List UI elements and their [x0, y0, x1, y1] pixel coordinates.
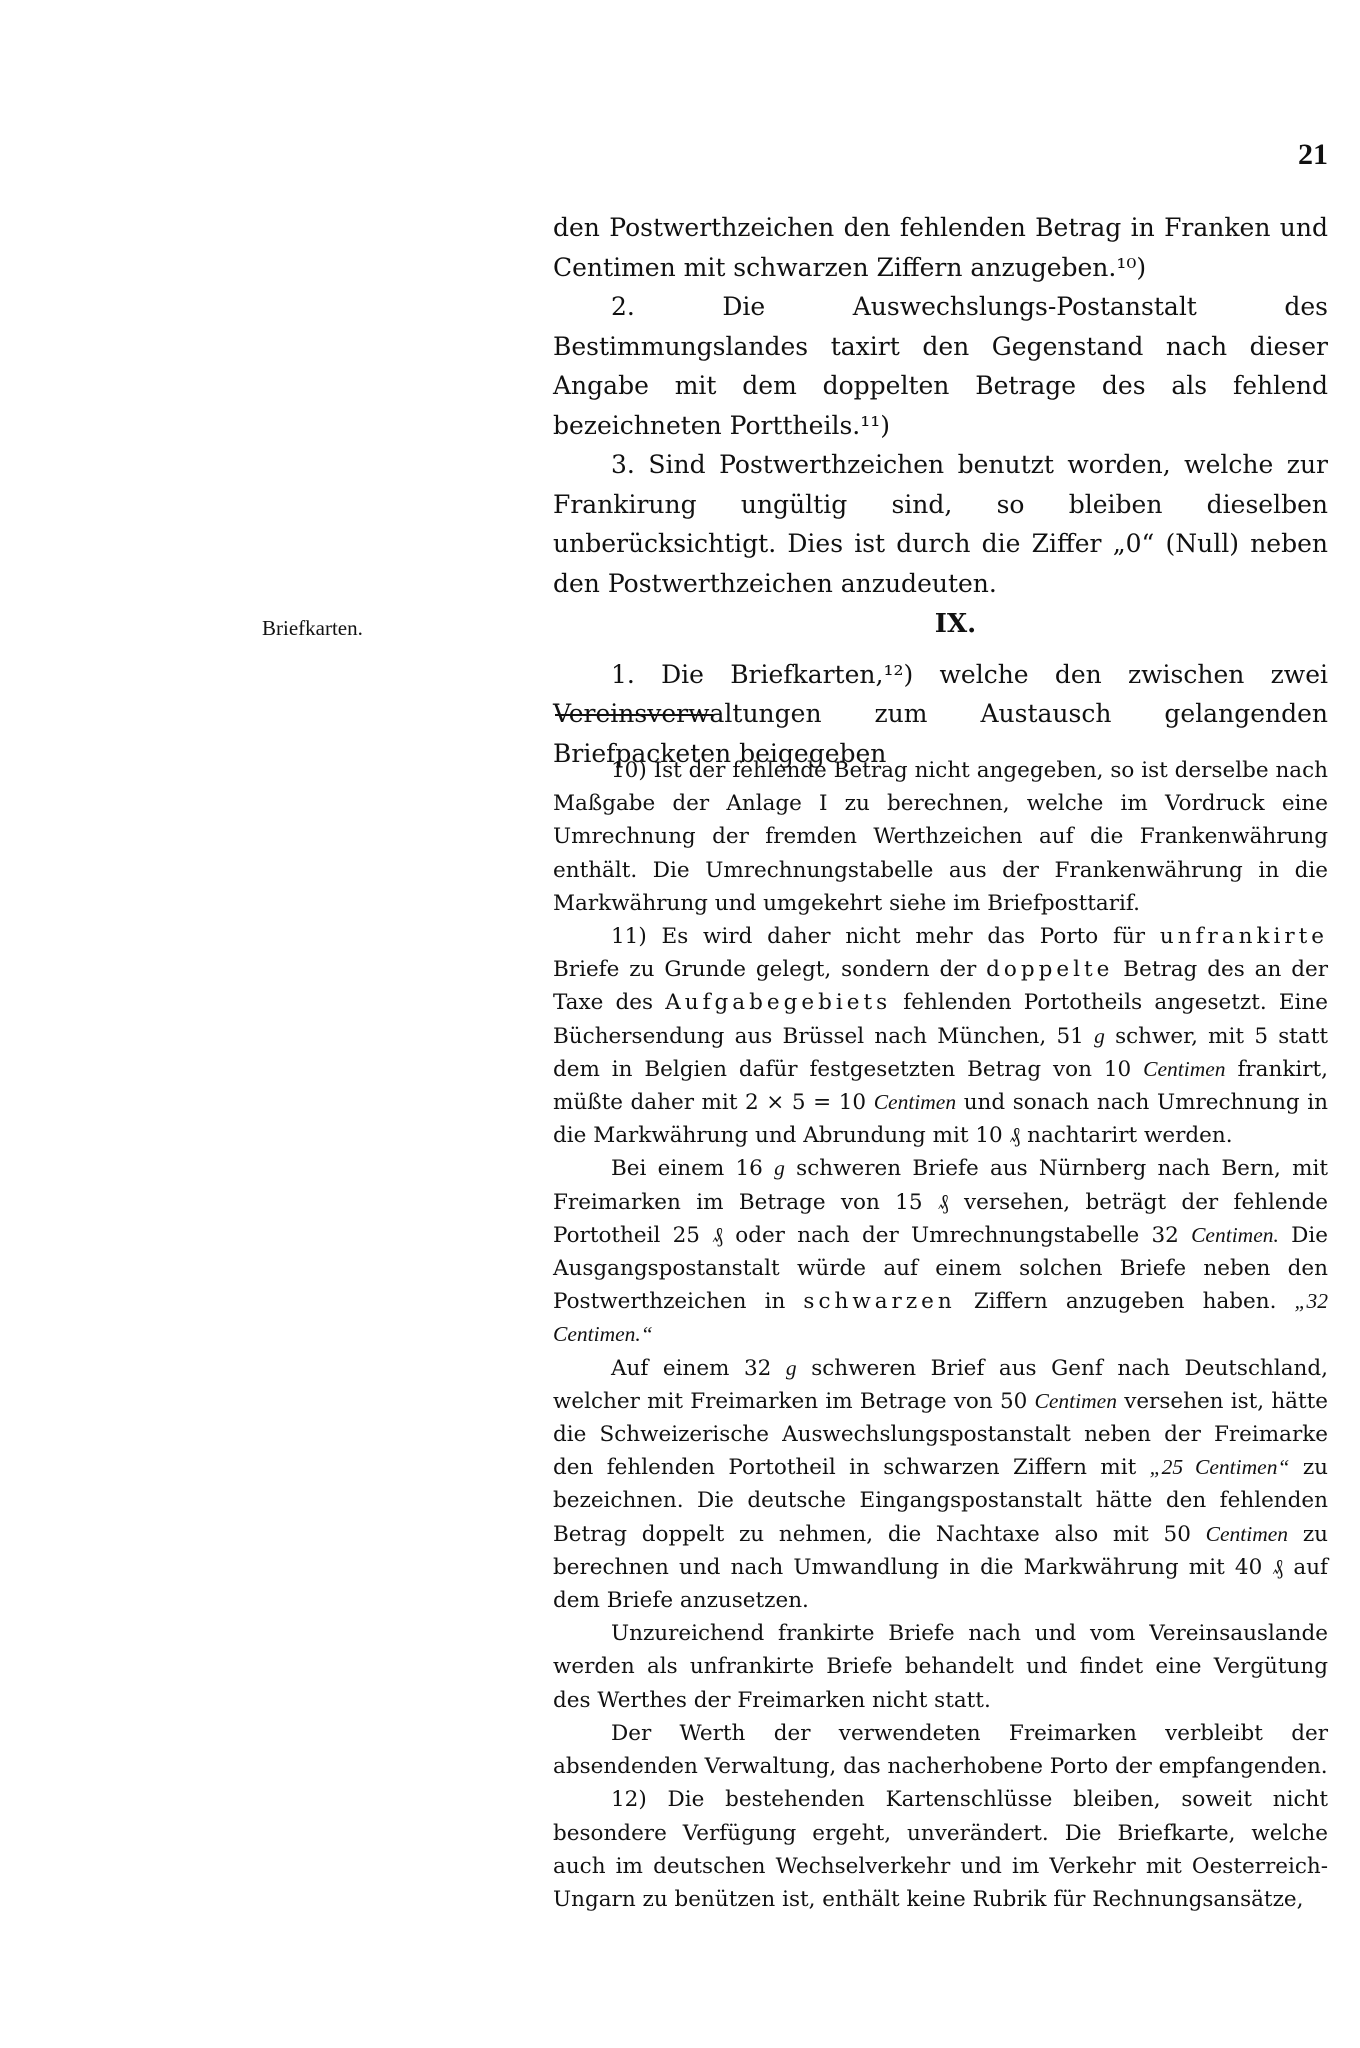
text: 11) Es wird daher nicht mehr das Porto f… [611, 924, 1145, 949]
footnotes: 10) Ist der fehlende Betrag nicht angege… [553, 754, 1328, 1916]
paragraph-unzureichend: Unzureichend frankirte Briefe nach und v… [553, 1617, 1328, 1717]
paragraph-werth: Der Werth der verwendeten Freimarken ver… [553, 1717, 1328, 1783]
footnote-10: 10) Ist der fehlende Betrag nicht angege… [553, 754, 1328, 920]
text: Ziffern anzugeben haben. [974, 1289, 1277, 1314]
paragraph-item-3: 3. Sind Postwerthzeichen benutzt worden,… [553, 445, 1328, 603]
spaced-text: doppelte [986, 957, 1113, 982]
spaced-text: unfrankirte [1160, 924, 1328, 949]
text: Auf einem 32 [611, 1356, 771, 1381]
unit-text: Centimen [874, 1090, 956, 1114]
unit-text: Centimen [1206, 1522, 1288, 1546]
unit-text: g [786, 1356, 797, 1380]
paragraph-continuation: den Postwerthzeichen den fehlenden Betra… [553, 208, 1328, 287]
footnote-11: 11) Es wird daher nicht mehr das Porto f… [553, 920, 1328, 1152]
paragraph-item-2: 2. Die Auswechslungs-Postanstalt des Bes… [553, 287, 1328, 445]
page-number: 21 [1268, 138, 1328, 172]
section-heading: IX. [553, 605, 1328, 645]
footnote-separator [555, 714, 713, 716]
example-nuernberg: Bei einem 16 g schweren Briefe aus Nürnb… [553, 1152, 1328, 1351]
unit-text: Centimen [1035, 1389, 1117, 1413]
unit-text: Centimen [1143, 1057, 1225, 1081]
unit-text: Centimen. [1191, 1223, 1279, 1247]
footnote-12: 12) Die bestehenden Kartenschlüsse bleib… [553, 1783, 1328, 1916]
margin-note: Briefkarten. [262, 616, 363, 641]
text: Briefe zu Grunde gelegt, sondern der [553, 957, 976, 982]
main-text: den Postwerthzeichen den fehlenden Betra… [553, 208, 1328, 773]
quote-text: „25 Centimen“ [1150, 1455, 1290, 1479]
unit-text: g [774, 1156, 785, 1180]
text: Bei einem 16 [611, 1156, 763, 1181]
example-genf: Auf einem 32 g schweren Brief aus Genf n… [553, 1352, 1328, 1618]
spaced-text: Aufgabegebiets [665, 990, 891, 1015]
unit-text: g [1094, 1024, 1105, 1048]
spaced-text: schwarzen [803, 1289, 955, 1314]
